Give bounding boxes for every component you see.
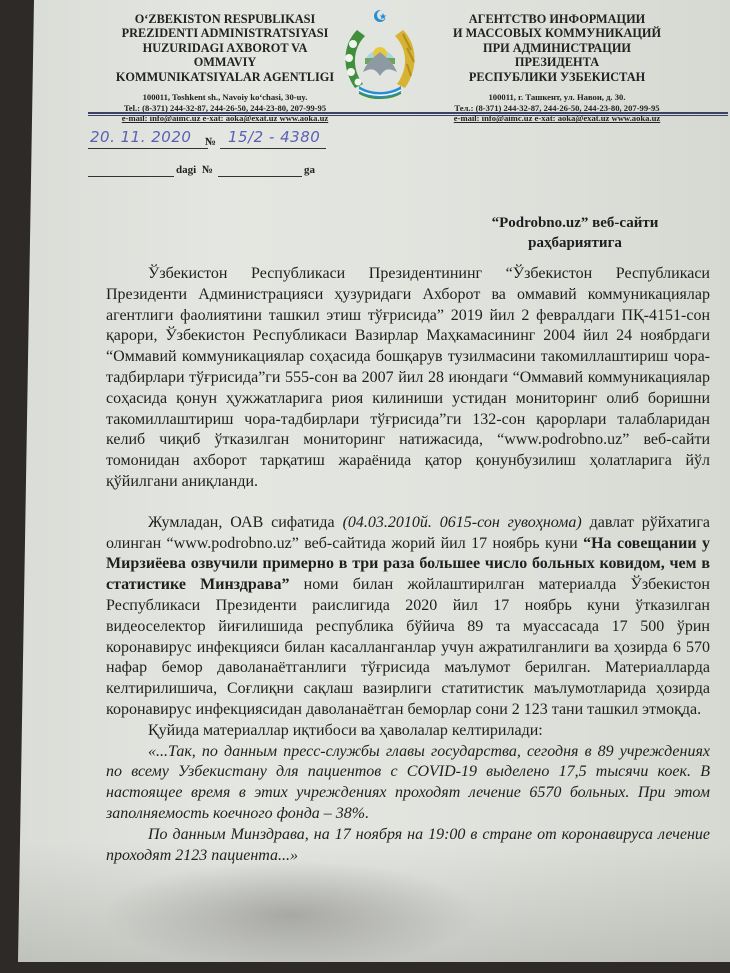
letter-page: O‘ZBEKISTON RESPUBLIKASI PREZIDENTI ADMI… [0, 0, 730, 962]
org-name-line: PREZIDENTI ADMINISTRATSIYASI [112, 26, 338, 40]
paragraph-legal-basis: Ўзбекистон Республикаси Президентининг “… [106, 264, 710, 493]
date-underline [88, 148, 208, 149]
paragraph-quote-intro: Қуйида материаллар иқтибоси ва ҳаволалар… [106, 721, 710, 742]
photo-shading [0, 842, 730, 962]
org-address: 100011, Toshkent sh., Navoiy ko‘chasi, 3… [112, 92, 338, 103]
text-run: Жумладан, ОАВ сифатида [148, 514, 343, 531]
letter-body: Ўзбекистон Республикаси Президентининг “… [106, 264, 710, 866]
letterhead-ru: АГЕНТСТВО ИНФОРМАЦИИ И МАССОВЫХ КОММУНИК… [446, 12, 668, 124]
registration-certificate: (04.03.2010й. 0615-сон гувоҳнома) [343, 514, 582, 531]
addressee-line: “Podrobno.uz” веб-сайти [470, 213, 680, 233]
reply-dagi-label: dagi [176, 164, 196, 176]
handwritten-number: 15/2 - 4380 [228, 128, 320, 146]
org-address: 100011, г. Ташкент, ул. Навои, д. 30. [446, 92, 668, 103]
org-name-line: KOMMUNIKATSIYALAR AGENTLIGI [112, 70, 338, 84]
number-sign: № [205, 136, 216, 148]
reply-number-blank [218, 176, 302, 177]
number-underline [220, 148, 326, 149]
org-name-line: ПРИ АДМИНИСТРАЦИИ ПРЕЗИДЕНТА [446, 41, 668, 70]
handwritten-date: 20. 11. 2020 [90, 128, 191, 146]
org-name-line: РЕСПУБЛИКИ УЗБЕКИСТАН [446, 70, 668, 84]
reply-date-blank [88, 176, 174, 177]
letterhead-divider [88, 112, 728, 116]
text-run: номи билан жойлаштирилган материалда Ўзб… [106, 576, 710, 718]
quote-paragraph: «...Так, по данным пресс-службы главы го… [106, 742, 710, 825]
paragraph-violation-details: Жумладан, ОАВ сифатида (04.03.2010й. 061… [106, 513, 710, 721]
reply-number-sign: № [202, 164, 213, 176]
state-emblem-icon [337, 6, 423, 102]
letterhead-uz: O‘ZBEKISTON RESPUBLIKASI PREZIDENTI ADMI… [112, 12, 338, 124]
org-name-line: И МАССОВЫХ КОММУНИКАЦИЙ [446, 26, 668, 40]
addressee: “Podrobno.uz” веб-сайти раҳбариятига [470, 213, 680, 253]
reply-ga-label: ga [304, 164, 315, 176]
org-name-line: АГЕНТСТВО ИНФОРМАЦИИ [446, 12, 668, 26]
org-name-line: HUZURIDAGI AXBOROT VA OMMAVIY [112, 41, 338, 70]
org-name-line: O‘ZBEKISTON RESPUBLIKASI [112, 12, 338, 26]
addressee-line: раҳбариятига [470, 233, 680, 253]
